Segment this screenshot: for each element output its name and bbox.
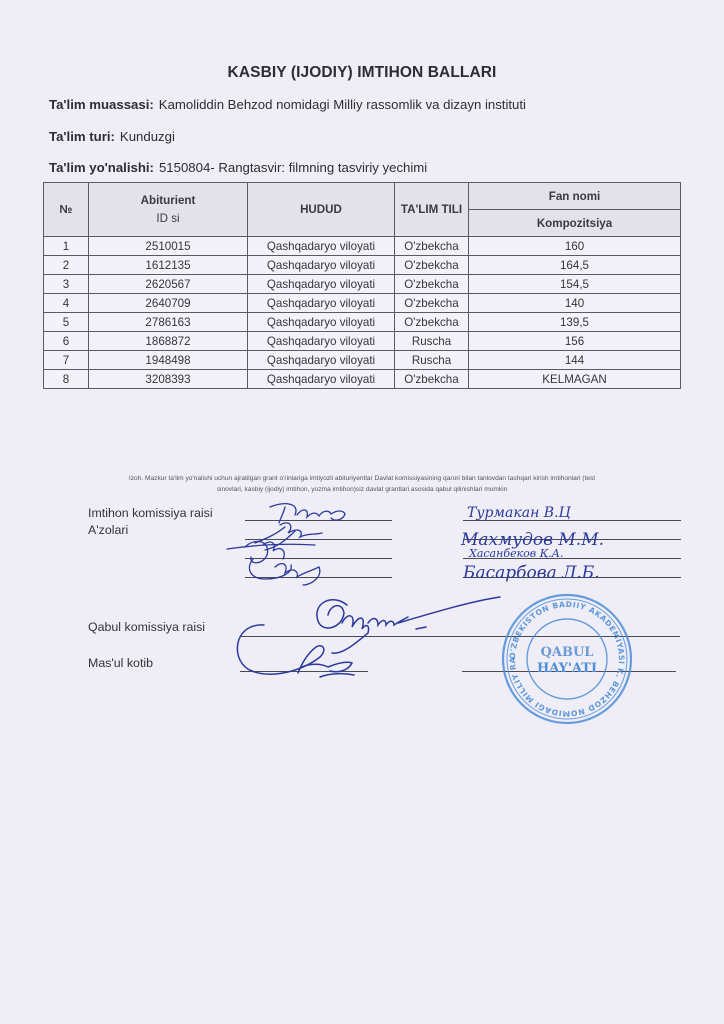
handwritten-signatures-left: [225, 495, 400, 590]
table-row: 12510015Qashqadaryo viloyatiO'zbekcha160: [44, 237, 681, 256]
region-cell: Qashqadaryo viloyati: [248, 351, 395, 370]
row-number-cell: 5: [44, 313, 89, 332]
stamp-center-line-1: QABUL: [541, 645, 594, 660]
region-cell: Qashqadaryo viloyati: [248, 294, 395, 313]
language-cell: O'zbekcha: [395, 294, 469, 313]
score-cell: 164,5: [469, 256, 681, 275]
header-number: №: [44, 183, 89, 237]
region-cell: Qashqadaryo viloyati: [248, 313, 395, 332]
applicant-id-cell: 3208393: [89, 370, 248, 389]
scanned-document-page: KASBIY (IJODIY) IMTIHON BALLARI Ta'lim m…: [0, 0, 724, 1024]
language-cell: O'zbekcha: [395, 237, 469, 256]
language-cell: Ruscha: [395, 332, 469, 351]
header-applicant-id-line2: ID si: [156, 212, 179, 225]
table-row: 61868872Qashqadaryo viloyatiRuscha156: [44, 332, 681, 351]
footnote-line-1: Izoh. Mazkur ta'lim yo'nalishi uchun ajr…: [40, 473, 684, 484]
applicant-id-cell: 1612135: [89, 256, 248, 275]
secretary-label: Mas'ul kotib: [88, 656, 153, 670]
stamp-center-line-2: HAY'ATI: [537, 661, 597, 676]
row-number-cell: 1: [44, 237, 89, 256]
admission-chair-label: Qabul komissiya raisi: [88, 620, 205, 634]
applicant-id-cell: 1868872: [89, 332, 248, 351]
study-type-line: Ta'lim turi:Kunduzgi: [49, 129, 175, 144]
study-type-value: Kunduzgi: [120, 129, 175, 144]
table-row: 32620567Qashqadaryo viloyatiO'zbekcha154…: [44, 275, 681, 294]
language-cell: O'zbekcha: [395, 275, 469, 294]
language-cell: Ruscha: [395, 351, 469, 370]
document-title: KASBIY (IJODIY) IMTIHON BALLARI: [0, 64, 724, 82]
region-cell: Qashqadaryo viloyati: [248, 275, 395, 294]
score-cell: KELMAGAN: [469, 370, 681, 389]
region-cell: Qashqadaryo viloyati: [248, 237, 395, 256]
program-label: Ta'lim yo'nalishi:: [49, 160, 154, 175]
row-number-cell: 8: [44, 370, 89, 389]
score-cell: 144: [469, 351, 681, 370]
header-applicant-id: Abiturient ID si: [89, 183, 248, 237]
header-subject: Kompozitsiya: [469, 210, 681, 237]
header-subject-group: Fan nomi: [469, 183, 681, 210]
table-row: 21612135Qashqadaryo viloyatiO'zbekcha164…: [44, 256, 681, 275]
language-cell: O'zbekcha: [395, 370, 469, 389]
applicant-id-cell: 1948498: [89, 351, 248, 370]
footnote-line-2: sinovlari, kasbiy (ijodiy) imtihon, yozm…: [40, 484, 684, 495]
header-region: HUDUD: [248, 183, 395, 237]
exam-scores-table: № Abiturient ID si HUDUD TA'LIM TILI Fan…: [43, 182, 681, 389]
row-number-cell: 7: [44, 351, 89, 370]
table-row: 71948498Qashqadaryo viloyatiRuscha144: [44, 351, 681, 370]
language-cell: O'zbekcha: [395, 313, 469, 332]
applicant-id-cell: 2620567: [89, 275, 248, 294]
footnote: Izoh. Mazkur ta'lim yo'nalishi uchun ajr…: [40, 473, 684, 495]
program-value: 5150804- Rangtasvir: filmning tasviriy y…: [159, 160, 427, 175]
institution-line: Ta'lim muassasi:Kamoliddin Behzod nomida…: [49, 97, 526, 112]
row-number-cell: 3: [44, 275, 89, 294]
score-cell: 156: [469, 332, 681, 351]
exam-chair-label: Imtihon komissiya raisi: [88, 506, 213, 520]
score-cell: 160: [469, 237, 681, 256]
institution-value: Kamoliddin Behzod nomidagi Milliy rassom…: [159, 97, 526, 112]
applicant-id-cell: 2640709: [89, 294, 248, 313]
score-cell: 139,5: [469, 313, 681, 332]
score-cell: 154,5: [469, 275, 681, 294]
table-row: 42640709Qashqadaryo viloyatiO'zbekcha140: [44, 294, 681, 313]
handwritten-name-1: Турмакан В.Ц: [467, 505, 571, 521]
header-applicant-id-line1: Abiturient: [141, 194, 196, 207]
handwritten-names-right: Турмакан В.Ц Махмудов М.М. Хасанбеков Қ.…: [455, 500, 690, 590]
applicant-id-cell: 2786163: [89, 313, 248, 332]
official-stamp: O'ZBEKISTON BADIIY AKADEMIYASI K. BEHZOD…: [500, 592, 634, 726]
row-number-cell: 2: [44, 256, 89, 275]
admission-chair-and-secretary-signatures: [232, 593, 512, 688]
region-cell: Qashqadaryo viloyati: [248, 370, 395, 389]
table-row: 83208393Qashqadaryo viloyatiO'zbekchaKEL…: [44, 370, 681, 389]
institution-label: Ta'lim muassasi:: [49, 97, 154, 112]
members-label: A'zolari: [88, 523, 128, 537]
region-cell: Qashqadaryo viloyati: [248, 332, 395, 351]
handwritten-name-3: Хасанбеков Қ.А.: [468, 547, 564, 560]
row-number-cell: 6: [44, 332, 89, 351]
language-cell: O'zbekcha: [395, 256, 469, 275]
header-language: TA'LIM TILI: [395, 183, 469, 237]
program-line: Ta'lim yo'nalishi:5150804- Rangtasvir: f…: [49, 160, 427, 175]
score-cell: 140: [469, 294, 681, 313]
applicant-id-cell: 2510015: [89, 237, 248, 256]
table-row: 52786163Qashqadaryo viloyatiO'zbekcha139…: [44, 313, 681, 332]
study-type-label: Ta'lim turi:: [49, 129, 115, 144]
handwritten-name-4: Басарбова Л.Б.: [462, 563, 600, 583]
row-number-cell: 4: [44, 294, 89, 313]
region-cell: Qashqadaryo viloyati: [248, 256, 395, 275]
